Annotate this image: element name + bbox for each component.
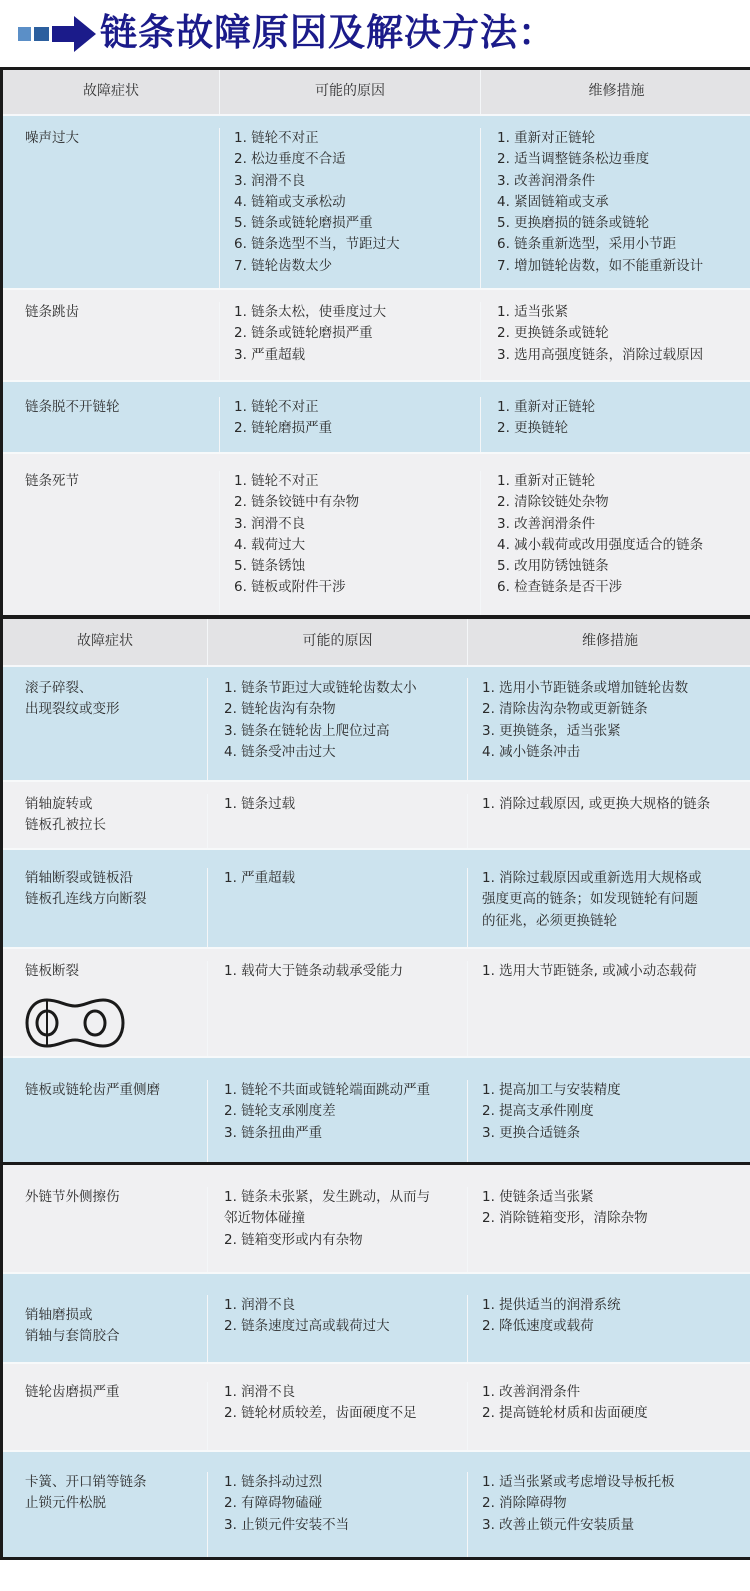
fix-item: 3. 改善止锁元件安装质量 (482, 1515, 750, 1536)
fix-item: 2. 提高支承件刚度 (482, 1101, 750, 1122)
cause-item: 6. 链板或附件干涉 (234, 577, 480, 598)
symptom-cell: 噪声过大 (3, 128, 220, 288)
table-row: 链条死节 1. 链轮不对正 2. 链条铰链中有杂物 3. 润滑不良 4. 载荷过… (3, 452, 750, 615)
fix-cell: 1. 重新对正链轮 2. 清除铰链处杂物 3. 改善润滑条件 4. 减小载荷或改… (481, 471, 750, 615)
cause-item: 邻近物体碰撞 (224, 1208, 467, 1229)
fix-item: 1. 提供适当的润滑系统 (482, 1295, 750, 1316)
symptom-text: 销轴旋转或 (25, 794, 207, 815)
fault-table-3: 外链节外侧擦伤 1. 链条未张紧，发生跳动，从而与 邻近物体碰撞 2. 链箱变形… (0, 1162, 750, 1560)
symptom-cell: 滚子碎裂、 出现裂纹或变形 (3, 678, 208, 780)
fix-item: 1. 重新对正链轮 (497, 471, 750, 492)
fix-item: 2. 消除链箱变形，清除杂物 (482, 1208, 750, 1229)
cause-cell: 1. 载荷大于链条动载承受能力 (208, 961, 468, 1056)
cause-item: 4. 链条受冲击过大 (224, 742, 467, 763)
fix-cell: 1. 适当张紧或考虑增设导板托板 2. 消除障碍物 3. 改善止锁元件安装质量 (468, 1472, 750, 1557)
symptom-cell: 链板或链轮齿严重侧磨 (3, 1080, 208, 1163)
fix-item: 2. 消除障碍物 (482, 1493, 750, 1514)
header-cause: 可能的原因 (220, 70, 481, 114)
cause-item: 2. 链条或链轮磨损严重 (234, 323, 480, 344)
fix-item: 1. 选用大节距链条, 或减小动态载荷 (482, 961, 750, 982)
fix-item: 7. 增加链轮齿数，如不能重新设计 (497, 256, 750, 277)
cause-item: 1. 链轮不对正 (234, 471, 480, 492)
cause-item: 1. 链轮不对正 (234, 128, 480, 149)
cause-cell: 1. 润滑不良 2. 链条速度过高或载荷过大 (208, 1295, 468, 1362)
cause-item: 2. 链轮磨损严重 (234, 418, 480, 439)
symptom-cell: 销轴断裂或链板沿 链板孔连线方向断裂 (3, 868, 208, 947)
cause-item: 1. 载荷大于链条动载承受能力 (224, 961, 467, 982)
fix-cell: 1. 使链条适当张紧 2. 消除链箱变形，清除杂物 (468, 1187, 750, 1272)
fix-cell: 1. 重新对正链轮 2. 适当调整链条松边垂度 3. 改善润滑条件 4. 紧固链… (481, 128, 750, 288)
cause-item: 1. 链条未张紧，发生跳动，从而与 (224, 1187, 467, 1208)
cause-cell: 1. 链轮不共面或链轮端面跳动严重 2. 链轮支承刚度差 3. 链条扭曲严重 (208, 1080, 468, 1163)
cause-item: 4. 链箱或支承松动 (234, 192, 480, 213)
symptom-text: 止锁元件松脱 (25, 1493, 207, 1514)
cause-item: 3. 止锁元件安装不当 (224, 1515, 467, 1536)
table-header: 故障症状 可能的原因 维修措施 (3, 70, 750, 116)
table-row: 卡簧、开口销等链条 止锁元件松脱 1. 链条抖动过烈 2. 有障碍物磕碰 3. … (3, 1450, 750, 1557)
fix-cell: 1. 改善润滑条件 2. 提高链轮材质和齿面硬度 (468, 1382, 750, 1450)
cause-item: 3. 严重超载 (234, 345, 480, 366)
table-row: 销轴旋转或 链板孔被拉长 1. 链条过载 1. 消除过载原因, 或更换大规格的链… (3, 780, 750, 848)
symptom-text: 链条跳齿 (25, 302, 219, 323)
table-row: 链条脱不开链轮 1. 链轮不对正 2. 链轮磨损严重 1. 重新对正链轮 2. … (3, 380, 750, 452)
fix-item: 1. 适当张紧 (497, 302, 750, 323)
symptom-text: 链轮齿磨损严重 (25, 1382, 207, 1403)
fix-item: 1. 适当张紧或考虑增设导板托板 (482, 1472, 750, 1493)
cause-item: 1. 链条太松，使垂度过大 (234, 302, 480, 323)
table-row: 销轴断裂或链板沿 链板孔连线方向断裂 1. 严重超载 1. 消除过载原因或重新选… (3, 848, 750, 947)
symptom-cell: 卡簧、开口销等链条 止锁元件松脱 (3, 1472, 208, 1557)
symptom-text: 销轴磨损或 (25, 1305, 207, 1326)
fix-item: 3. 改善润滑条件 (497, 171, 750, 192)
table-row: 链轮齿磨损严重 1. 润滑不良 2. 链轮材质较差，齿面硬度不足 1. 改善润滑… (3, 1362, 750, 1450)
symptom-text: 噪声过大 (25, 128, 219, 149)
fix-item: 1. 提高加工与安装精度 (482, 1080, 750, 1101)
cause-item: 1. 润滑不良 (224, 1382, 467, 1403)
table-row: 链条跳齿 1. 链条太松，使垂度过大 2. 链条或链轮磨损严重 3. 严重超载 … (3, 288, 750, 380)
symptom-cell: 链条跳齿 (3, 302, 220, 380)
cause-item: 2. 链条铰链中有杂物 (234, 492, 480, 513)
cause-item: 2. 链条速度过高或载荷过大 (224, 1316, 467, 1337)
symptom-cell: 链条脱不开链轮 (3, 397, 220, 452)
fix-item: 6. 检查链条是否干涉 (497, 577, 750, 598)
title-square-light-icon (18, 27, 31, 41)
header-fix: 维修措施 (468, 619, 750, 665)
table-header: 故障症状 可能的原因 维修措施 (3, 619, 750, 667)
cause-cell: 1. 严重超载 (208, 868, 468, 947)
fix-item: 2. 清除齿沟杂物或更新链条 (482, 699, 750, 720)
fix-item: 1. 使链条适当张紧 (482, 1187, 750, 1208)
symptom-cell: 链轮齿磨损严重 (3, 1382, 208, 1450)
fix-item: 4. 减小链条冲击 (482, 742, 750, 763)
symptom-text: 链板断裂 (25, 961, 207, 982)
cause-item: 3. 润滑不良 (234, 171, 480, 192)
symptom-cell: 链条死节 (3, 471, 220, 615)
cause-item: 2. 链轮材质较差，齿面硬度不足 (224, 1403, 467, 1424)
fix-item: 的征兆，必须更换链轮 (482, 911, 750, 932)
fix-item: 1. 消除过载原因或重新选用大规格或 (482, 868, 750, 889)
cause-item: 2. 有障碍物磕碰 (224, 1493, 467, 1514)
chain-link-plate-icon (25, 996, 125, 1050)
fix-item: 5. 改用防锈蚀链条 (497, 556, 750, 577)
cause-item: 2. 链箱变形或内有杂物 (224, 1230, 467, 1251)
cause-item: 2. 松边垂度不合适 (234, 149, 480, 170)
fix-item: 4. 紧固链箱或支承 (497, 192, 750, 213)
cause-cell: 1. 润滑不良 2. 链轮材质较差，齿面硬度不足 (208, 1382, 468, 1450)
table-row: 销轴磨损或 销轴与套筒胶合 1. 润滑不良 2. 链条速度过高或载荷过大 1. … (3, 1272, 750, 1362)
cause-item: 1. 链轮不对正 (234, 397, 480, 418)
symptom-text: 外链节外侧擦伤 (25, 1187, 207, 1208)
fix-item: 1. 消除过载原因, 或更换大规格的链条 (482, 794, 750, 815)
fix-item: 5. 更换磨损的链条或链轮 (497, 213, 750, 234)
symptom-text: 滚子碎裂、 (25, 678, 207, 699)
header-symptom: 故障症状 (3, 70, 220, 114)
cause-item: 1. 严重超载 (224, 868, 467, 889)
cause-item: 2. 链轮齿沟有杂物 (224, 699, 467, 720)
fix-item: 3. 改善润滑条件 (497, 514, 750, 535)
cause-item: 5. 链条或链轮磨损严重 (234, 213, 480, 234)
table-row: 噪声过大 1. 链轮不对正 2. 松边垂度不合适 3. 润滑不良 4. 链箱或支… (3, 116, 750, 288)
table-row: 滚子碎裂、 出现裂纹或变形 1. 链条节距过大或链轮齿数太小 2. 链轮齿沟有杂… (3, 667, 750, 780)
cause-cell: 1. 链轮不对正 2. 松边垂度不合适 3. 润滑不良 4. 链箱或支承松动 5… (220, 128, 481, 288)
fix-item: 强度更高的链条；如发现链轮有问题 (482, 889, 750, 910)
fix-item: 2. 提高链轮材质和齿面硬度 (482, 1403, 750, 1424)
cause-cell: 1. 链条太松，使垂度过大 2. 链条或链轮磨损严重 3. 严重超载 (220, 302, 481, 380)
symptom-text: 链板或链轮齿严重侧磨 (25, 1080, 207, 1101)
cause-cell: 1. 链轮不对正 2. 链轮磨损严重 (220, 397, 481, 452)
fix-cell: 1. 提高加工与安装精度 2. 提高支承件刚度 3. 更换合适链条 (468, 1080, 750, 1163)
cause-cell: 1. 链条抖动过烈 2. 有障碍物磕碰 3. 止锁元件安装不当 (208, 1472, 468, 1557)
fix-cell: 1. 消除过载原因, 或更换大规格的链条 (468, 794, 750, 848)
title-square-dark-icon (34, 27, 49, 41)
fix-cell: 1. 选用大节距链条, 或减小动态载荷 (468, 961, 750, 1056)
fix-item: 1. 选用小节距链条或增加链轮齿数 (482, 678, 750, 699)
fix-item: 4. 减小载荷或改用强度适合的链条 (497, 535, 750, 556)
cause-item: 1. 链条节距过大或链轮齿数太小 (224, 678, 467, 699)
header-fix: 维修措施 (481, 70, 750, 114)
title-arrow-icon (52, 16, 96, 52)
fix-cell: 1. 适当张紧 2. 更换链条或链轮 3. 选用高强度链条，消除过载原因 (481, 302, 750, 380)
symptom-text: 销轴与套筒胶合 (25, 1326, 207, 1347)
fix-cell: 1. 重新对正链轮 2. 更换链轮 (481, 397, 750, 452)
page-title: 链条故障原因及解决方法： (100, 8, 556, 58)
symptom-cell: 链板断裂 (3, 961, 208, 1056)
cause-item: 1. 链条过载 (224, 794, 467, 815)
symptom-cell: 销轴旋转或 链板孔被拉长 (3, 794, 208, 848)
cause-item: 7. 链轮齿数太少 (234, 256, 480, 277)
fix-item: 1. 重新对正链轮 (497, 128, 750, 149)
fix-item: 3. 更换链条，适当张紧 (482, 721, 750, 742)
cause-item: 3. 链条在链轮齿上爬位过高 (224, 721, 467, 742)
fix-cell: 1. 提供适当的润滑系统 2. 降低速度或载荷 (468, 1295, 750, 1362)
cause-item: 3. 润滑不良 (234, 514, 480, 535)
fix-item: 2. 清除铰链处杂物 (497, 492, 750, 513)
symptom-cell: 外链节外侧擦伤 (3, 1187, 208, 1272)
cause-item: 4. 载荷过大 (234, 535, 480, 556)
table-row: 外链节外侧擦伤 1. 链条未张紧，发生跳动，从而与 邻近物体碰撞 2. 链箱变形… (3, 1165, 750, 1272)
cause-item: 1. 链轮不共面或链轮端面跳动严重 (224, 1080, 467, 1101)
symptom-text: 链板孔被拉长 (25, 815, 207, 836)
symptom-text: 链板孔连线方向断裂 (25, 889, 207, 910)
cause-item: 6. 链条选型不当，节距过大 (234, 234, 480, 255)
fix-item: 3. 更换合适链条 (482, 1123, 750, 1144)
fix-item: 2. 降低速度或载荷 (482, 1316, 750, 1337)
fix-item: 2. 适当调整链条松边垂度 (497, 149, 750, 170)
fix-cell: 1. 选用小节距链条或增加链轮齿数 2. 清除齿沟杂物或更新链条 3. 更换链条… (468, 678, 750, 780)
fix-item: 1. 改善润滑条件 (482, 1382, 750, 1403)
symptom-text: 出现裂纹或变形 (25, 699, 207, 720)
cause-item: 5. 链条锈蚀 (234, 556, 480, 577)
fix-item: 3. 选用高强度链条，消除过载原因 (497, 345, 750, 366)
fault-table-1: 故障症状 可能的原因 维修措施 噪声过大 1. 链轮不对正 2. 松边垂度不合适… (0, 67, 750, 618)
fix-item: 2. 更换链条或链轮 (497, 323, 750, 344)
symptom-text: 卡簧、开口销等链条 (25, 1472, 207, 1493)
fix-cell: 1. 消除过载原因或重新选用大规格或 强度更高的链条；如发现链轮有问题 的征兆，… (468, 868, 750, 947)
header-cause: 可能的原因 (208, 619, 468, 665)
page-title-bar: 链条故障原因及解决方法： (0, 0, 750, 66)
cause-cell: 1. 链条未张紧，发生跳动，从而与 邻近物体碰撞 2. 链箱变形或内有杂物 (208, 1187, 468, 1272)
table-row: 链板断裂 1. 载荷大于链条动载承受能力 1. 选用大节距链条, 或减小动态载荷 (3, 947, 750, 1056)
fix-item: 6. 链条重新选型，采用小节距 (497, 234, 750, 255)
symptom-text: 销轴断裂或链板沿 (25, 868, 207, 889)
cause-item: 3. 链条扭曲严重 (224, 1123, 467, 1144)
cause-item: 1. 润滑不良 (224, 1295, 467, 1316)
symptom-text: 链条脱不开链轮 (25, 397, 219, 418)
header-symptom: 故障症状 (3, 619, 208, 665)
table-row: 链板或链轮齿严重侧磨 1. 链轮不共面或链轮端面跳动严重 2. 链轮支承刚度差 … (3, 1056, 750, 1163)
fix-item: 2. 更换链轮 (497, 418, 750, 439)
cause-item: 2. 链轮支承刚度差 (224, 1101, 467, 1122)
fault-table-2: 故障症状 可能的原因 维修措施 滚子碎裂、 出现裂纹或变形 1. 链条节距过大或… (0, 616, 750, 1166)
cause-cell: 1. 链条过载 (208, 794, 468, 848)
cause-item: 1. 链条抖动过烈 (224, 1472, 467, 1493)
symptom-text: 链条死节 (25, 471, 219, 492)
cause-cell: 1. 链条节距过大或链轮齿数太小 2. 链轮齿沟有杂物 3. 链条在链轮齿上爬位… (208, 678, 468, 780)
symptom-cell: 销轴磨损或 销轴与套筒胶合 (3, 1295, 208, 1362)
fix-item: 1. 重新对正链轮 (497, 397, 750, 418)
cause-cell: 1. 链轮不对正 2. 链条铰链中有杂物 3. 润滑不良 4. 载荷过大 5. … (220, 471, 481, 615)
